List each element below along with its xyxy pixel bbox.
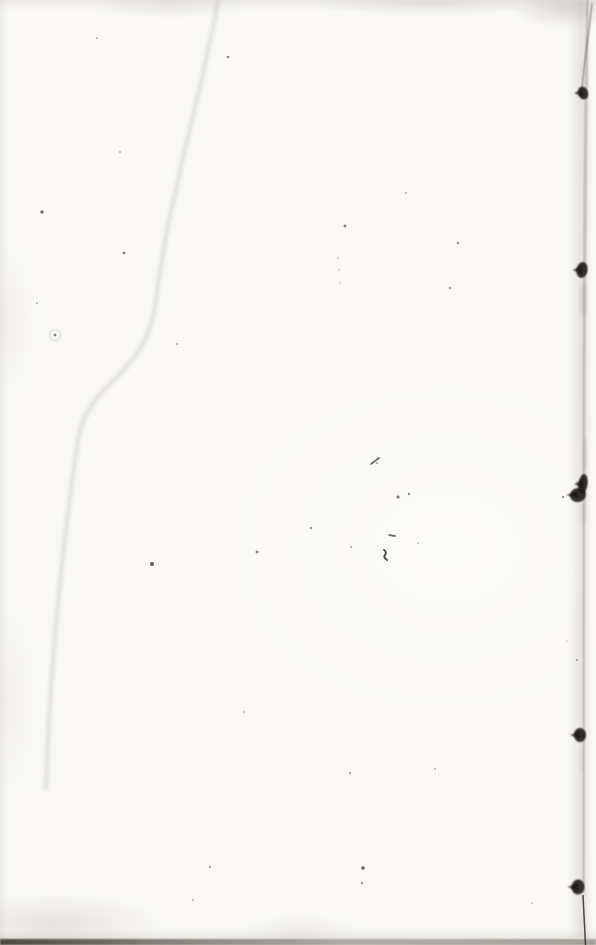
dust-speck [376, 462, 378, 464]
dust-speck [576, 659, 578, 661]
dust-speck [337, 257, 339, 259]
dust-speck [531, 902, 533, 904]
dust-speck [361, 866, 365, 870]
dust-speck [339, 282, 341, 284]
dust-speck [150, 562, 154, 566]
dust-speck [349, 772, 351, 774]
dust-speck [566, 640, 568, 642]
dust-speck [243, 711, 245, 713]
dust-speck [176, 343, 178, 345]
page-bottom-edge-band [0, 939, 596, 945]
dust-speck [392, 535, 394, 537]
gutter-smudge [579, 284, 587, 316]
dust-speck [256, 551, 259, 554]
dust-speck [344, 225, 347, 228]
dust-speck [36, 302, 38, 304]
gutter-smudge [580, 746, 585, 774]
dust-speck [434, 768, 436, 770]
gutter-smudge [581, 502, 587, 522]
dust-speck [405, 192, 407, 194]
dust-speck [449, 287, 452, 290]
dust-speck [192, 899, 194, 901]
paper-crease-halo [46, 0, 218, 790]
dust-speck [119, 151, 121, 153]
dust-speck [227, 56, 230, 59]
dust-speck [40, 210, 43, 213]
scan-marks-layer [0, 0, 596, 945]
dust-speck [338, 269, 340, 271]
scanned-page [0, 0, 596, 945]
dust-speck [310, 527, 313, 530]
pencil-fleck [384, 550, 387, 560]
dust-speck [209, 866, 211, 868]
dust-speck [417, 542, 419, 544]
dust-speck [408, 493, 410, 495]
pencil-fleck [389, 535, 395, 536]
dust-speck [457, 242, 459, 244]
dust-speck [96, 37, 98, 39]
dust-speck [562, 496, 564, 498]
dust-speck [54, 334, 57, 337]
dust-speck [350, 546, 352, 548]
dust-speck [123, 252, 126, 255]
dust-speck [397, 496, 400, 499]
gutter-smudge [583, 437, 588, 473]
dust-speck [361, 882, 363, 884]
